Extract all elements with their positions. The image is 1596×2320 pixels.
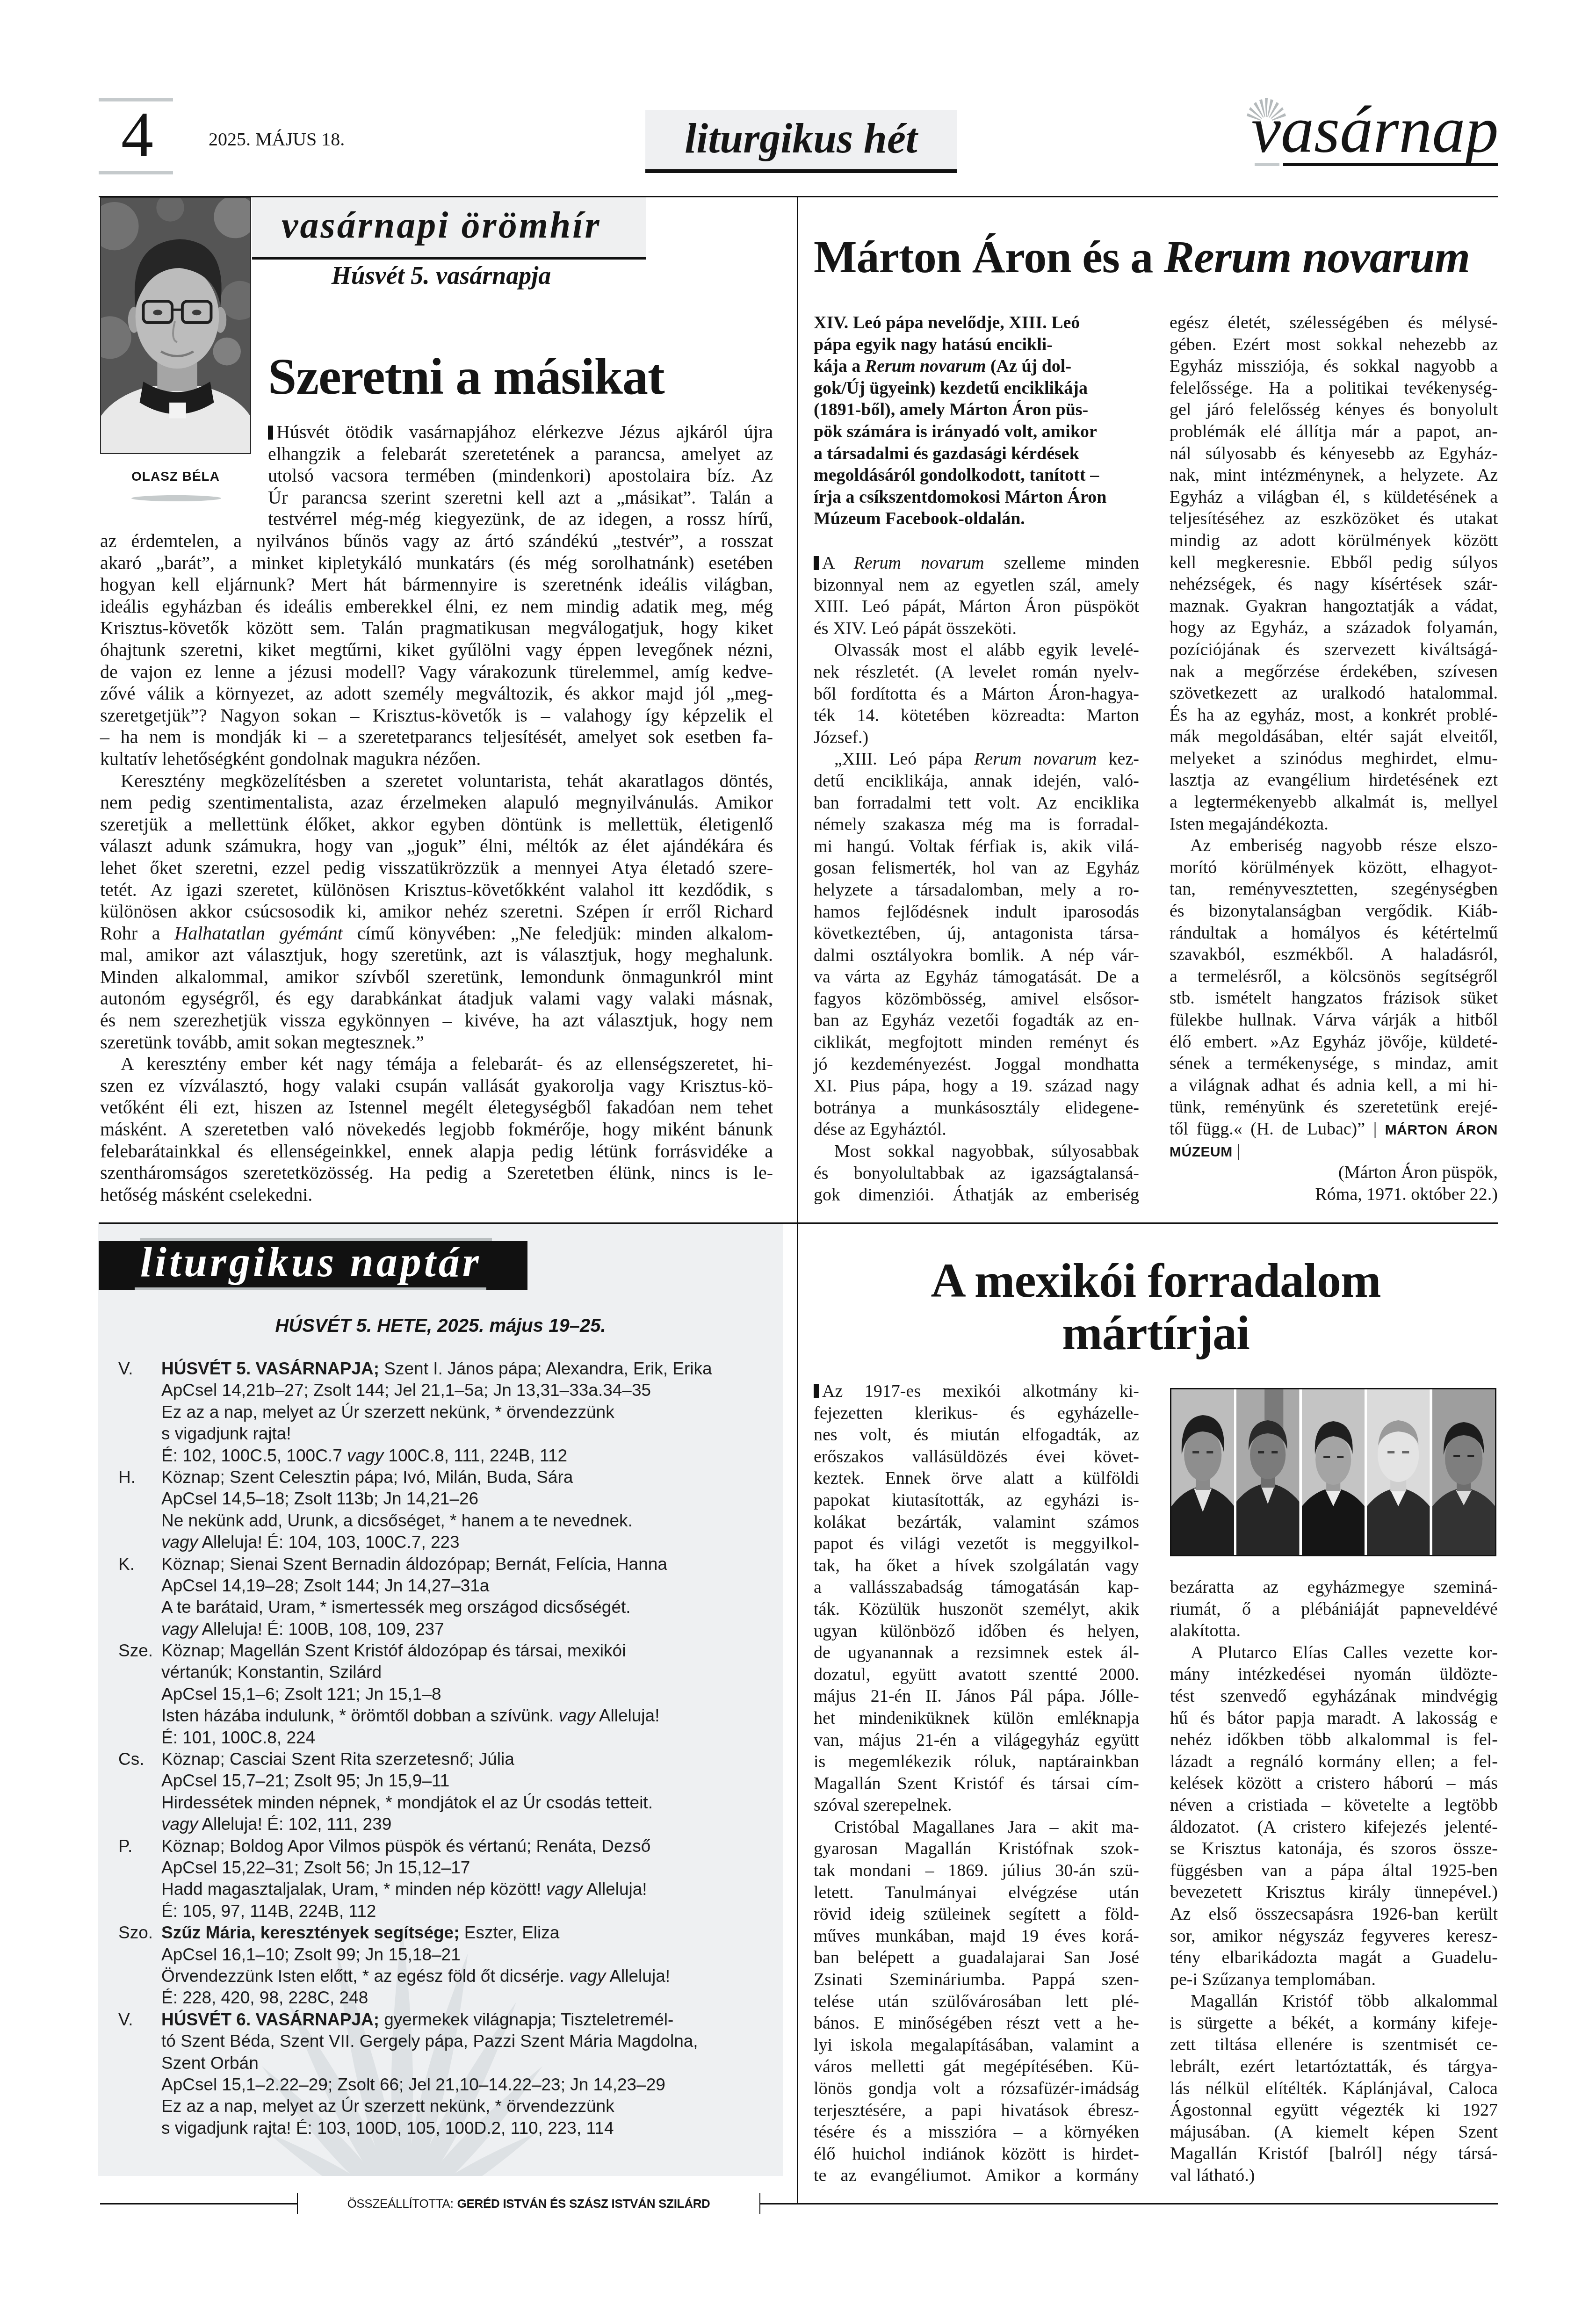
calendar-day-label: V.	[118, 1358, 161, 1380]
text-line: ták. Közülük huszonöt személyt, akik	[814, 1598, 1139, 1620]
text-segment: vagy	[569, 1966, 606, 1986]
text-line: tésére és a misszióra – a környéken	[814, 2121, 1139, 2143]
text-segment: szentháromságos szeretetközösség. Ha ped…	[100, 1162, 773, 1183]
text-segment: te az evangéliumot. Amikor a kormány	[814, 2166, 1139, 2185]
calendar-day-entries: Köznap; Casciai Szent Rita szerzetesnő; …	[161, 1749, 778, 1836]
text-segment: alakította.	[1170, 1621, 1241, 1641]
text-line: lönös gondja volt a rózsafüzér-imádság	[814, 2078, 1139, 2100]
calendar-day-entries: Köznap; Szent Celesztin pápa; Ivó, Milán…	[161, 1467, 778, 1554]
text-line: tény elbarikádozta magát a Guadelu-	[1170, 1947, 1498, 1969]
text-segment: ApCsel 14,5–18; Zsolt 113b; Jn 14,21–26	[161, 1489, 478, 1508]
text-segment: pápa egyik nagy hatású encikli-	[814, 335, 1053, 354]
text-line: Olvassák most el alább egyik levelé-	[814, 639, 1139, 661]
text-segment: É: 101, 100C.8, 224	[161, 1728, 315, 1747]
text-line: ApCsel 16,1–10; Zsolt 99; Jn 15,18–21	[161, 1944, 778, 1966]
text-line: Cristóbal Magallanes Jara – akit ma-	[814, 1816, 1139, 1838]
text-segment: fejezetten klerikus- és egyházelle-	[814, 1403, 1139, 1423]
text-segment: és XIV. Leó pápát összeköti.	[814, 619, 1017, 638]
text-line: tó Szent Béda, Szent VII. Gergely pápa, …	[161, 2031, 778, 2052]
text-segment: élő embert. »Az Egyház jövője, küldeté-	[1170, 1032, 1498, 1052]
text-segment: Húsvét ötödik vasárnapjához elérkezve Jé…	[276, 421, 773, 442]
logo-underline-accent	[1255, 163, 1279, 166]
text-segment: (Márton Áron püspök,	[1338, 1163, 1498, 1182]
text-line: óhajtunk szeretni, kiket megtűrni, kiket…	[100, 639, 773, 661]
column-divider	[797, 196, 798, 2204]
text-segment: kultatív lehetőségként gondolnak magukra…	[100, 748, 481, 769]
text-line: zővé válik a környezet, az adott személy…	[100, 683, 773, 705]
text-segment: gok/Új ügyeink) kezdetű enciklikája	[814, 378, 1088, 398]
text-line: májusában. (A kiemelt képen Szent	[1170, 2121, 1498, 2143]
text-segment: bános. E minőségében részt vett a he-	[814, 2013, 1139, 2033]
text-segment: Hirdessétek minden népnek, * mondjátok e…	[161, 1793, 653, 1812]
calendar-day-entries: Köznap; Boldog Apor Vilmos püspök és vér…	[161, 1836, 778, 1922]
text-line: lás nélkül elítélték. Káplánjával, Caloc…	[1170, 2078, 1498, 2100]
text-segment: Az 1917-es mexikói alkotmány ki-	[822, 1381, 1139, 1401]
text-line: van, május 21-én a világegyház együtt	[814, 1729, 1139, 1751]
text-line: Köznap; Casciai Szent Rita szerzetesnő; …	[161, 1749, 778, 1770]
text-line: ban forradalmi tett volt. Az enciklika	[814, 792, 1139, 814]
text-line: és bizonytalanságban vergődik. Kiáb-	[1170, 900, 1498, 922]
text-line: ban belépett a guadalajarai San José	[814, 1947, 1139, 1969]
bottom-rule-right	[760, 2203, 1498, 2204]
text-segment: se Krisztus katonája, és szoros össze-	[1170, 1839, 1498, 1858]
text-line: Köznap; Boldog Apor Vilmos püspök és vér…	[161, 1836, 778, 1857]
text-line: a világnak adhat és adnia kell, a mi hi-	[1170, 1075, 1498, 1097]
text-segment: az érdemtelen, a nyilvános bűnös vagy az…	[100, 530, 773, 551]
text-line: gok dimenziói. Áthatják az emberiség	[814, 1184, 1139, 1206]
text-line: maznak. Gyakran hangoztatják a vádat,	[1170, 595, 1498, 617]
calendar-day-row: Sze. Köznap; Magellán Szent Kristóf áldo…	[118, 1640, 778, 1749]
publication-logo[interactable]: vasárnap	[1251, 96, 1499, 163]
text-line: ugyan különböző időben és helyen,	[814, 1620, 1139, 1642]
text-segment: ban forradalmi tett volt. Az enciklika	[814, 793, 1139, 813]
text-line: lasztja az evangélium hirdetésének ezt	[1170, 769, 1498, 791]
text-line: tést szenvedő egyházának mindvégig	[1170, 1685, 1498, 1707]
text-line: XIII. Leó pápát, Márton Áron püspököt	[814, 596, 1139, 618]
text-line: hogy az Egyház, a századok folyamán,	[1170, 617, 1498, 639]
text-line: szavakból, eszmékből. A haladásról,	[1170, 944, 1498, 966]
martyr-portrait	[1302, 1389, 1365, 1555]
text-segment: ApCsel 15,22–31; Zsolt 56; Jn 15,12–17	[161, 1858, 470, 1877]
text-segment: ugyan különböző időben és helyen,	[814, 1621, 1139, 1641]
text-segment: Eszter, Eliza	[460, 1923, 560, 1942]
text-segment: val látható.)	[1170, 2166, 1255, 2185]
text-line: helyzete a társadalomban, mely a ro-	[814, 879, 1139, 901]
text-line: Ágostonnal együtt végezték ki 1927	[1170, 2099, 1498, 2121]
text-line: gosan felismerték, hol van az Egyház	[814, 857, 1139, 879]
text-line: problémák elé állítja már a papot, an-	[1170, 421, 1498, 443]
text-segment: óhajtunk szeretni, kiket megtűrni, kiket…	[100, 639, 773, 660]
text-segment: ban az Egyház vezetői fogadták az en-	[814, 1011, 1139, 1030]
text-segment: Halhatatlan gyémánt	[174, 923, 343, 944]
text-segment: XIV. Leó pápa nevelődje, XIII. Leó	[814, 313, 1080, 332]
text-segment: terjesztésére, a papi hivatások ébresz-	[814, 2101, 1139, 2120]
text-segment: Róma, 1971. október 22.)	[1315, 1185, 1498, 1204]
text-line: Örvendezzünk Isten előtt, * az egész föl…	[161, 1966, 778, 1987]
text-line: Szent Orbán	[161, 2053, 778, 2074]
text-segment: A te barátaid, Uram, * ismertessék meg o…	[161, 1597, 631, 1617]
text-segment: függésben van a pápa által 1925-ben	[1170, 1861, 1498, 1880]
section-label: liturgikus hét	[645, 118, 957, 160]
text-segment: Az emberiség nagyobb része elszo-	[1190, 836, 1498, 855]
text-segment: Alleluja!	[595, 1706, 660, 1725]
text-line: pe-i Szűzanya templomában.	[1170, 1969, 1498, 1991]
text-line: A Plutarco Elías Calles vezette kor-	[1170, 1642, 1498, 1664]
calendar-day-row: H. Köznap; Szent Celesztin pápa; Ivó, Mi…	[118, 1467, 778, 1554]
text-segment: tan, reményvesztetten, szegénységben	[1170, 879, 1498, 899]
text-line: vetőként éli ezt, hiszen az Istennel meg…	[100, 1097, 773, 1119]
text-segment: kelések között a cristero háború – más	[1170, 1773, 1498, 1793]
text-line: kája a Rerum novarum (Az új dol-	[814, 355, 1139, 377]
text-segment: a legtermékenyebb alkalmát is, mellyel	[1170, 792, 1498, 812]
text-line: szentháromságos szeretetközösség. Ha ped…	[100, 1162, 773, 1184]
calendar-day-label: Sze.	[118, 1640, 161, 1662]
text-line: Az első összecsapásra 1926-ban került	[1170, 1903, 1498, 1925]
text-segment: Hadd magasztaljalak, Uram, * minden nép …	[161, 1879, 546, 1899]
article-column-2: egész életét, szélességében és mélysé-gé…	[1170, 312, 1498, 1205]
text-segment: É: 228, 420, 98, 228C, 248	[161, 1988, 368, 2007]
text-segment: nes volt, és miután elfogadták, az	[814, 1425, 1139, 1445]
text-segment: Múzeum Facebook-oldalán.	[814, 509, 1025, 528]
text-segment: hamos fejlődésnek indult iparosodás	[814, 902, 1139, 922]
author-divider	[131, 495, 221, 501]
text-line: szeretjük a mellettünk élőket, akkor egy…	[100, 814, 773, 836]
text-segment: gel járó felelősség kényes és bonyolult	[1170, 400, 1498, 419]
text-line: ApCsel 15,1–6; Zsolt 121; Jn 15,1–8	[161, 1684, 778, 1705]
text-line: (1891-ből), amely Márton Áron püs-	[814, 399, 1139, 421]
text-segment: nehézségek, és nagy kísértések szár-	[1170, 574, 1498, 594]
text-segment: Ne nekünk add, Urunk, a dicsőséget, * ha…	[161, 1511, 633, 1530]
text-segment: vagy	[161, 1532, 198, 1552]
text-segment: Krisztus-követők között sem. Talán pragm…	[100, 617, 773, 638]
text-line: de ugyanannak a rezsimnek estek ál-	[814, 1642, 1139, 1664]
article-column-2: bezáratta az egyházmegye szeminá-riumát,…	[1170, 1576, 1498, 2187]
text-line: Róma, 1971. október 22.)	[1170, 1184, 1498, 1206]
text-line: dése az Egyháztól.	[814, 1119, 1139, 1141]
text-line: mák megoldásában, eltér saját elveitől,	[1170, 726, 1498, 748]
text-line: mal, amikor azt választjuk, hogy szeretü…	[100, 944, 773, 966]
text-line: se Krisztus katonája, és szoros össze-	[1170, 1838, 1498, 1860]
text-segment: Magallán Kristóf több alkalommal	[1191, 1991, 1498, 2011]
text-segment: és nem szerezhetjük vissza egykönnyen – …	[100, 1010, 773, 1031]
text-segment: vagy	[558, 1706, 595, 1725]
text-line: szen ez vízválasztó, hogy valaki csupán …	[100, 1075, 773, 1097]
text-segment: mány intézkedései nyomán üldözte-	[1170, 1664, 1498, 1684]
text-segment: lasztja az evangélium hirdetésének ezt	[1170, 770, 1498, 790]
text-line: írja a csíkszentdomokosi Márton Áron	[814, 486, 1139, 508]
text-line: felelőssége. Ha a politikai tevékenység-	[1170, 377, 1498, 399]
text-line: letett. Tanulmányai elvégzése után	[814, 1882, 1139, 1904]
text-line: Hirdessétek minden népnek, * mondjátok e…	[161, 1792, 778, 1814]
text-segment: sor, amikor négyszáz fegyveres keresz-	[1170, 1926, 1498, 1946]
text-line: hogyan kell eljárnunk? Mert hát bármenny…	[100, 574, 773, 596]
headline-line-2: mártírjai	[814, 1307, 1498, 1359]
text-line: ApCsel 14,19–28; Zsolt 144; Jn 14,27–31a	[161, 1575, 778, 1597]
text-segment: Isten megajándékozta.	[1170, 814, 1329, 834]
text-line: sor, amikor négyszáz fegyveres keresz-	[1170, 1925, 1498, 1947]
text-segment: kez-	[1097, 749, 1139, 769]
text-line: hetőség másként cselekedni.	[100, 1184, 773, 1206]
text-segment: tak, ha őket a hívek szolgálatán vagy	[814, 1556, 1139, 1576]
text-segment: MÁRTON ÁRON	[1385, 1122, 1498, 1138]
text-line: teljesítéséhez az eszközöket és utakat	[1170, 508, 1498, 530]
text-segment: HÚSVÉT 6. VASÁRNAPJA;	[161, 2010, 379, 2029]
text-segment: kája a	[814, 356, 865, 376]
text-segment: hogyan kell eljárnunk? Mert hát bármenny…	[100, 574, 773, 595]
text-line: is sürgette a békét, a kormány kifeje-	[1170, 2012, 1498, 2034]
text-line: É: 101, 100C.8, 224	[161, 1727, 778, 1749]
text-segment: néven a cristiada – követelte a legtöbb	[1170, 1795, 1498, 1815]
text-segment: Isten házába indulunk, * örömtől dobban …	[161, 1706, 558, 1725]
text-line: és XIV. Leó pápát összeköti.	[814, 618, 1139, 640]
text-line: függésben van a pápa által 1925-ben	[1170, 1860, 1498, 1882]
text-line: – ha nem is mondják ki – a szeretetparan…	[100, 726, 773, 748]
text-segment: szelleme minden	[984, 553, 1139, 573]
text-segment: sének a termékenysége, s mindaz, amit	[1170, 1054, 1498, 1073]
text-segment: lehet őket szeretni, ezzel pedig visszat…	[100, 857, 773, 878]
text-segment: É: 105, 97, 114B, 224B, 112	[161, 1901, 376, 1921]
bottom-rule-left	[100, 2203, 297, 2204]
text-line: gok/Új ügyeink) kezdetű enciklikája	[814, 377, 1139, 399]
text-line: mindig az adott körülmények között	[1170, 530, 1498, 552]
headline-text: Márton Áron és a	[814, 232, 1164, 282]
text-segment: Az első összecsapásra 1926-ban került	[1170, 1904, 1498, 1924]
text-line: XIV. Leó pápa nevelődje, XIII. Leó	[814, 312, 1139, 334]
text-line: nek részletét. (A levelet román nyelv-	[814, 661, 1139, 683]
text-segment: ideális egyházban és ideális emberekkel …	[100, 596, 773, 617]
text-line: néven a cristiada – követelte a legtöbb	[1170, 1794, 1498, 1816]
text-segment: (1891-ből), amely Márton Áron püs-	[814, 400, 1088, 419]
text-line: a termelésről, a kölcsönös segítségről	[1170, 966, 1498, 988]
text-segment: |	[1233, 1141, 1241, 1161]
text-segment: a társadalmi és gazdasági kérdések	[814, 444, 1079, 463]
text-segment: Köznap; Szent Celesztin pápa; Ivó, Milán…	[161, 1467, 573, 1487]
text-line: nem pedig szentimentalista, azaz érzelme…	[100, 792, 773, 814]
text-line: XI. Pius pápa, hogy a 19. század nagy	[814, 1075, 1139, 1097]
text-line: szeretünk tovább, amit sokan megtesznek.…	[100, 1032, 773, 1054]
text-line: lyi iskola megalapításában, valamint a	[814, 2034, 1139, 2056]
text-line: áldozatot. (A cristero kifejezés jelenté…	[1170, 1816, 1498, 1838]
text-segment: elhangzik a felebarát szeretetének a par…	[268, 443, 773, 464]
text-line: É: 228, 420, 98, 228C, 248	[161, 1987, 778, 2009]
text-line: ApCsel 15,7–21; Zsolt 95; Jn 15,9–11	[161, 1770, 778, 1792]
text-segment: dalmi osztályokra bomlik. A nép vár-	[814, 946, 1139, 965]
text-segment: de vajon ez lenne a jézusi modell? Vagy …	[100, 661, 773, 682]
text-line: Húsvét ötödik vasárnapjához elérkezve Jé…	[268, 421, 773, 443]
text-segment: kell megkeresnie. Ebből pedig súlyos	[1170, 553, 1498, 572]
text-line: Egyház missziója, és sokkal nagyobb a	[1170, 355, 1498, 377]
text-line: fagyos közömbösség, amivel elsősor-	[814, 988, 1139, 1010]
calendar-day-row: P. Köznap; Boldog Apor Vilmos püspök és …	[118, 1836, 778, 1922]
text-segment: detű enciklikája, annak idején, való-	[814, 771, 1139, 791]
text-segment: különösen akkor csúcsosodik ki, amikor n…	[100, 901, 773, 922]
text-segment: És ha az egyház, most, a konkrét problé-	[1170, 705, 1498, 725]
calendar-day-row: Cs. Köznap; Casciai Szent Rita szerzetes…	[118, 1749, 778, 1836]
text-line: HÚSVÉT 5. VASÁRNAPJA; Szent I. János páp…	[161, 1358, 778, 1380]
text-line: a társadalmi és gazdasági kérdések	[814, 443, 1139, 465]
text-line: tünk, reményünk és szeretetünk erejé-	[1170, 1096, 1498, 1118]
issue-date: 2025. MÁJUS 18.	[209, 130, 345, 149]
page-number-bar-bottom	[99, 171, 173, 174]
calendar-day-row: Szo. Szűz Mária, keresztények segítsége;…	[118, 1922, 778, 2009]
text-segment: gyermekek világnapja; Tiszteletremél-	[379, 2010, 673, 2029]
text-line: akaró „barát”, a minket kipletykáló munk…	[100, 552, 773, 574]
text-segment: nehéz időkben több alkalommal is fel-	[1170, 1730, 1498, 1749]
text-line: alakította.	[1170, 1620, 1498, 1642]
article-headline: A mexikói forradalom mártírjai	[814, 1255, 1498, 1359]
text-segment: Szűz Mária, keresztények segítsége;	[161, 1923, 460, 1942]
text-segment: vetőként éli ezt, hiszen az Istennel meg…	[100, 1097, 773, 1118]
text-line: ApCsel 14,5–18; Zsolt 113b; Jn 14,21–26	[161, 1488, 778, 1510]
text-segment: Rerum novarum	[854, 553, 984, 573]
text-line: A keresztény ember két nagy témája a fel…	[100, 1053, 773, 1075]
text-line: műves munkában, majd 19 éves korá-	[814, 1925, 1139, 1947]
text-line: Minden alkalommal, amikor szívből szeret…	[100, 966, 773, 988]
text-line: szóval szerepelnek.	[814, 1794, 1139, 1816]
text-line: tan, reményvesztetten, szegénységben	[1170, 878, 1498, 900]
calendar-day-entries: HÚSVÉT 6. VASÁRNAPJA; gyermekek világnap…	[161, 2009, 778, 2139]
text-line: gel járó felelősség kényes és bonyolult	[1170, 399, 1498, 421]
text-segment: hetőség másként cselekedni.	[100, 1184, 312, 1205]
text-line: lehet őket szeretni, ezzel pedig visszat…	[100, 857, 773, 879]
text-segment: tetét. Az igazi szeretet, különösen Kris…	[100, 879, 773, 900]
text-segment: ték 14. kötetében közreadta: Marton	[814, 706, 1139, 725]
text-segment: ták. Közülük huszonöt személyt, akik	[814, 1599, 1139, 1619]
text-line: nehézségek, és nagy kísértések szár-	[1170, 573, 1498, 595]
text-segment: kolákat bezárták, valamint számos	[814, 1512, 1139, 1532]
author-name: OLASZ BÉLA	[100, 470, 251, 483]
text-segment: Alleluja!	[606, 1966, 670, 1986]
text-segment: utolsó vacsora termében (mindenkori) apo…	[268, 465, 773, 486]
text-segment: HÚSVÉT 5. VASÁRNAPJA;	[161, 1359, 379, 1378]
text-segment: hogy az Egyház, a századok folyamán,	[1170, 618, 1498, 637]
text-line: Hadd magasztaljalak, Uram, * minden nép …	[161, 1879, 778, 1900]
text-segment: fülekbe hullnak. Várva várják a hitből	[1170, 1010, 1498, 1030]
text-segment: van, május 21-én a világegyház együtt	[814, 1730, 1139, 1750]
text-line: felebarátainkkal és ellenségeinkkel, enn…	[100, 1141, 773, 1163]
text-line: zett tiltása ellenére is szentmisét ce-	[1170, 2034, 1498, 2056]
text-segment: szen ez vízválasztó, hogy valaki csupán …	[100, 1075, 773, 1096]
text-segment: nak a megőrzése érdekében, szívesen	[1170, 662, 1498, 681]
text-segment: lebrált, ezért letartóztatták, és tárgya…	[1170, 2057, 1498, 2076]
text-segment: XI. Pius pápa, hogy a 19. század nagy	[814, 1076, 1139, 1096]
text-segment: József.)	[814, 728, 868, 747]
text-line: bezáratta az egyházmegye szeminá-	[1170, 1576, 1498, 1598]
text-segment: fagyos közömbösség, amivel elsősor-	[814, 989, 1139, 1009]
text-segment: város melletti gát megépítésében. Kü-	[814, 2057, 1139, 2076]
text-line: A Rerum novarum szelleme minden	[814, 552, 1139, 574]
text-segment: megoldásáról gondolkodott, tanított –	[814, 465, 1099, 485]
text-segment: nak, mint intézménynek, a helyzete. Az	[1170, 465, 1498, 485]
text-segment: áldozatot. (A cristero kifejezés jelenté…	[1170, 1817, 1498, 1837]
text-segment: Most sokkal nagyobbak, súlyosabbak	[834, 1142, 1139, 1161]
text-segment: Úr parancsa szerint szeretni kell azt a …	[268, 487, 773, 508]
text-line: hű és bátor papja maradt. A lakosság e	[1170, 1707, 1498, 1729]
text-segment: némely szakasza még ma is forradal-	[814, 815, 1139, 834]
text-line: az érdemtelen, a nyilvános bűnös vagy az…	[100, 530, 773, 552]
text-segment: tünk, reményünk és szeretetünk erejé-	[1170, 1097, 1498, 1117]
text-line: fülekbe hullnak. Várva várják a hitből	[1170, 1009, 1498, 1031]
text-line: Keresztény megközelítésben a szeretet vo…	[100, 770, 773, 792]
text-segment: dozatul, együtt avatott szentté 2000.	[814, 1665, 1139, 1684]
text-line: egész életét, szélességében és mélysé-	[1170, 312, 1498, 334]
text-segment: helyzete a társadalomban, mely a ro-	[814, 880, 1139, 900]
text-segment: május 21-én II. János Pál pápa. Jólle-	[814, 1686, 1139, 1706]
text-segment: hű és bátor papja maradt. A lakosság e	[1170, 1708, 1498, 1728]
text-line: Egyház a világban él, s küldetésének a	[1170, 486, 1498, 508]
text-line: a vallásszabadság támogatásán kap-	[814, 1576, 1139, 1598]
article-column-1: A Rerum novarum szelleme mindenbizonnyal…	[814, 552, 1139, 1206]
text-line: bizonnyal nem az egyetlen szál, amely	[814, 574, 1139, 596]
text-line: Rohr a Halhatatlan gyémánt című könyvébe…	[100, 923, 773, 945]
article-headline: Márton Áron és a Rerum novarum	[814, 234, 1470, 280]
text-segment: Minden alkalommal, amikor szívből szeret…	[100, 966, 773, 987]
text-segment: papot és világi vezetőt is meggyilkol-	[814, 1534, 1139, 1554]
text-segment: vagy	[546, 1879, 583, 1899]
text-segment: stb. ismételt hangzatos frázisok süket	[1170, 988, 1498, 1008]
calendar-day-entries: Köznap; Magellán Szent Kristóf áldozópap…	[161, 1640, 778, 1749]
text-line: het mindeniküknek külön emléknapja	[814, 1707, 1139, 1729]
text-segment: nek részletét. (A levelet román nyelv-	[814, 662, 1139, 682]
text-line: s vigadjunk rajta!	[161, 1423, 778, 1445]
text-line: Az emberiség nagyobb része elszo-	[1170, 835, 1498, 857]
text-line: autonóm egységről, és egy darabkánkat át…	[100, 988, 773, 1010]
text-segment: felelőssége. Ha a politikai tevékenység-	[1170, 378, 1498, 398]
text-line: József.)	[814, 727, 1139, 749]
text-line: Köznap; Magellán Szent Kristóf áldozópap…	[161, 1640, 778, 1662]
text-line: Köznap; Sienai Szent Bernadin áldozópap;…	[161, 1554, 778, 1575]
text-segment: Olvassák most el alább egyik levelé-	[834, 640, 1139, 660]
text-line: ideális egyházban és ideális emberekkel …	[100, 596, 773, 618]
article-column-1: Az 1917-es mexikói alkotmány ki-fejezett…	[814, 1380, 1139, 2187]
text-line: Ez az a nap, melyet az Úr szerzett nekün…	[161, 1402, 778, 1423]
text-line: Szűz Mária, keresztények segítsége; Eszt…	[161, 1922, 778, 1944]
text-segment: Rohr a	[100, 923, 174, 944]
text-segment: és bonyolultabbak az igazságtalansá-	[814, 1164, 1139, 1183]
text-segment: Zsinati Szemináriumba. Pappá szen-	[814, 1970, 1139, 1989]
text-line: Ne nekünk add, Urunk, a dicsőséget, * ha…	[161, 1510, 778, 1532]
text-line: némely szakasza még ma is forradal-	[814, 814, 1139, 836]
text-segment: Alleluja! É: 100B, 108, 109, 237	[198, 1619, 444, 1639]
text-line: Magallán Kristóf [balról] négy társá-	[1170, 2143, 1498, 2165]
text-line: mány intézkedései nyomán üldözte-	[1170, 1663, 1498, 1685]
text-line: választ adunk számukra, hogy van „joguk”…	[100, 835, 773, 857]
text-segment: Magallán Kristóf [balról] négy társá-	[1170, 2144, 1498, 2163]
text-line: vagy Alleluja! É: 100B, 108, 109, 237	[161, 1619, 778, 1640]
text-line: vagy Alleluja! É: 102, 111, 239	[161, 1814, 778, 1835]
text-segment: A	[822, 553, 854, 573]
text-line: val látható.)	[1170, 2165, 1498, 2187]
calendar-week-heading: HÚSVÉT 5. HETE, 2025. május 19–25.	[98, 1316, 783, 1335]
text-line: nak a megőrzése érdekében, szívesen	[1170, 661, 1498, 683]
text-line: Múzeum Facebook-oldalán.	[814, 508, 1139, 530]
text-segment: dése az Egyháztól.	[814, 1120, 946, 1139]
text-segment: Örvendezzünk Isten előtt, * az egész föl…	[161, 1966, 569, 1986]
text-line: és bonyolultabbak az igazságtalansá-	[814, 1163, 1139, 1185]
text-segment: riumát, ő a plébániáját papneveldévé	[1170, 1599, 1498, 1619]
text-line: elhangzik a felebarát szeretetének a par…	[268, 443, 773, 465]
text-segment: Köznap; Boldog Apor Vilmos püspök és vér…	[161, 1836, 650, 1856]
martyr-portrait	[1236, 1389, 1299, 1555]
section-label-underline	[645, 169, 957, 173]
text-line: stb. ismételt hangzatos frázisok süket	[1170, 987, 1498, 1009]
text-line: pozíciójának és szervezett kiváltságá-	[1170, 639, 1498, 661]
text-segment: tó Szent Béda, Szent VII. Gergely pápa, …	[161, 2031, 698, 2051]
text-segment: pök számára is irányadó volt, amikor	[814, 422, 1097, 441]
text-segment: Köznap; Magellán Szent Kristóf áldozópap…	[161, 1641, 626, 1660]
text-line: te az evangéliumot. Amikor a kormány	[814, 2165, 1139, 2187]
text-segment: erőszakos vallásüldözés évei követ-	[814, 1447, 1139, 1467]
